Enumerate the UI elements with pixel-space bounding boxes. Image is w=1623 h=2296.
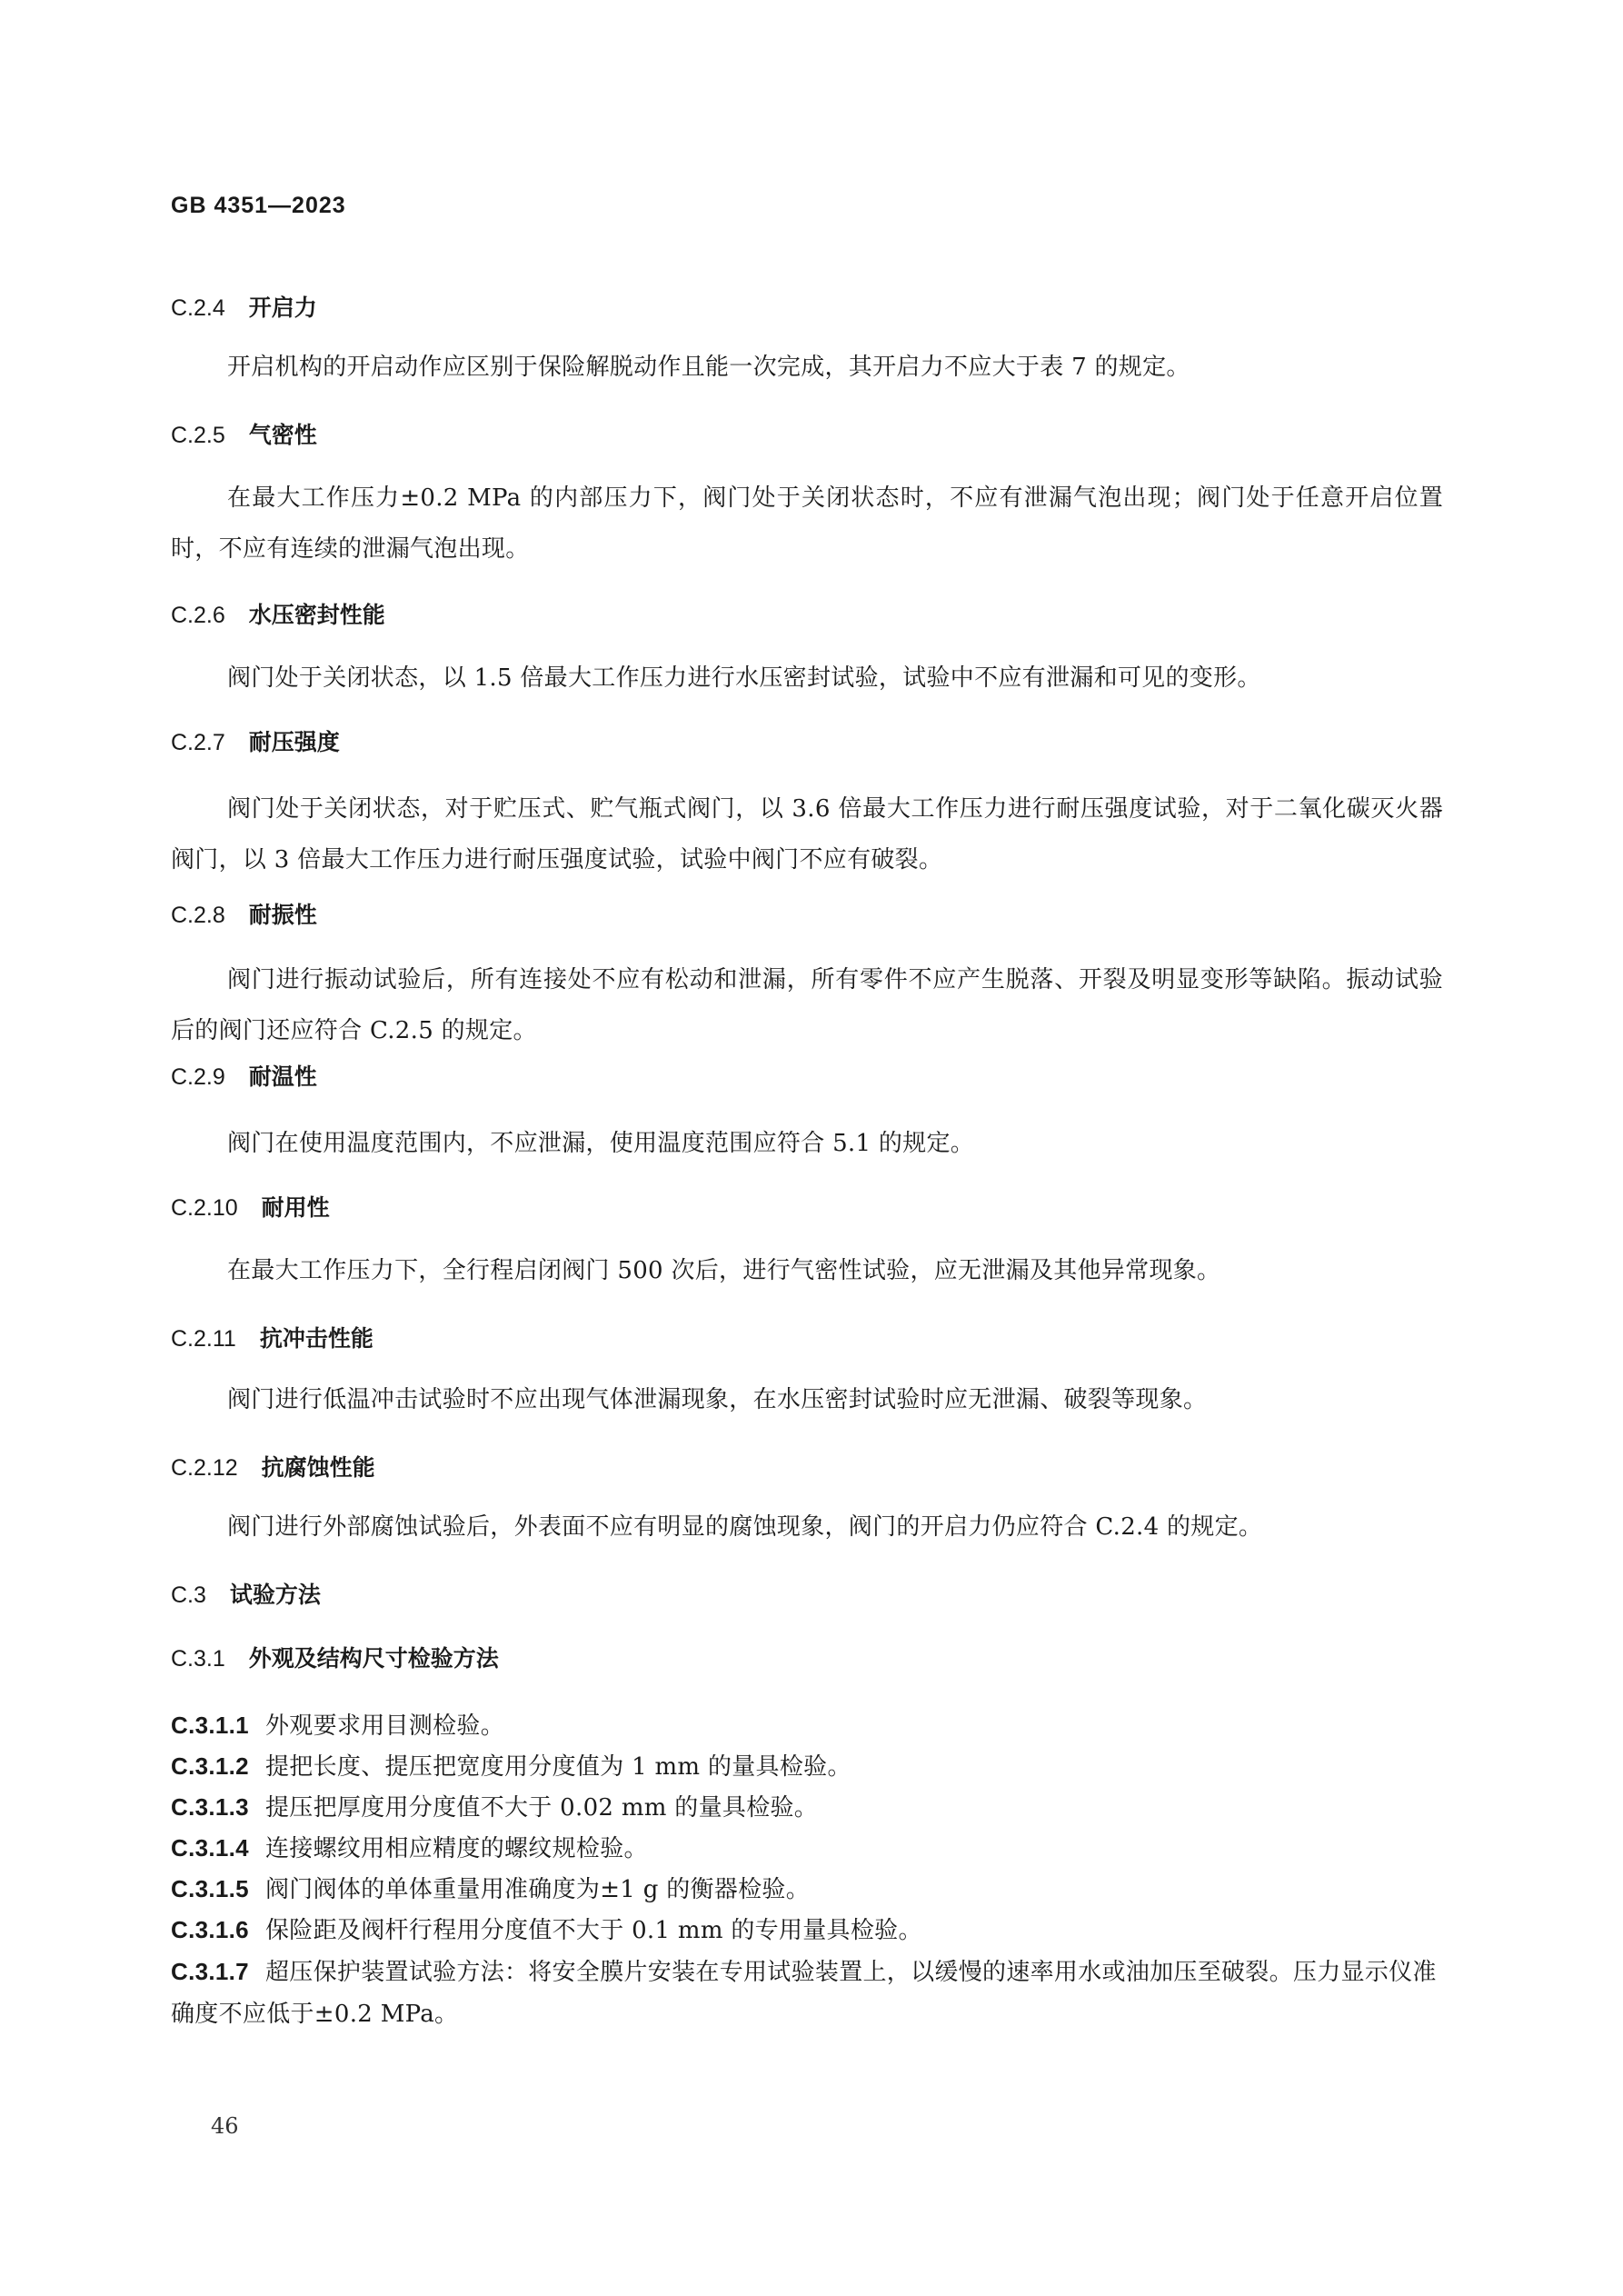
section-body-c2-7: 阀门处于关闭状态，对于贮压式、贮气瓶式阀门，以 3.6 倍最大工作压力进行耐压强… <box>171 784 1443 885</box>
section-body-c2-5: 在最大工作压力±0.2 MPa 的内部压力下，阀门处于关闭状态时，不应有泄漏气泡… <box>171 473 1443 574</box>
list-item: C.3.1.1外观要求用目测检验。 <box>171 1705 1443 1746</box>
section-body-c2-10: 在最大工作压力下，全行程启闭阀门 500 次后，进行气密性试验，应无泄漏及其他异… <box>171 1245 1443 1296</box>
section-heading-c2-8: C.2.8耐振性 <box>171 900 1443 931</box>
section-heading-c2-5: C.2.5气密性 <box>171 420 1443 451</box>
document-code: GB 4351—2023 <box>171 193 346 219</box>
section-heading-c2-6: C.2.6水压密封性能 <box>171 600 1443 631</box>
section-heading-c2-9: C.2.9耐温性 <box>171 1062 1443 1093</box>
section-body-c2-11: 阀门进行低温冲击试验时不应出现气体泄漏现象，在水压密封试验时应无泄漏、破裂等现象… <box>171 1374 1443 1425</box>
section-heading-c2-11: C.2.11抗冲击性能 <box>171 1323 1443 1354</box>
test-method-list: C.3.1.1外观要求用目测检验。 C.3.1.2提把长度、提压把宽度用分度值为… <box>171 1705 1443 2035</box>
list-item: C.3.1.2提把长度、提压把宽度用分度值为 1 mm 的量具检验。 <box>171 1746 1443 1787</box>
list-item: C.3.1.7超压保护装置试验方法：将安全膜片安装在专用试验装置上，以缓慢的速率… <box>171 1951 1443 2035</box>
section-heading-c2-4: C.2.4开启力 <box>171 293 1443 324</box>
section-heading-c2-12: C.2.12抗腐蚀性能 <box>171 1452 1443 1483</box>
section-heading-c2-7: C.2.7耐压强度 <box>171 727 1443 758</box>
section-heading-c3-1: C.3.1外观及结构尺寸检验方法 <box>171 1643 1443 1674</box>
list-item: C.3.1.6保险距及阀杆行程用分度值不大于 0.1 mm 的专用量具检验。 <box>171 1910 1443 1951</box>
section-body-c2-12: 阀门进行外部腐蚀试验后，外表面不应有明显的腐蚀现象，阀门的开启力仍应符合 C.2… <box>171 1502 1443 1552</box>
section-body-c2-6: 阀门处于关闭状态，以 1.5 倍最大工作压力进行水压密封试验，试验中不应有泄漏和… <box>171 653 1443 704</box>
document-page: GB 4351—2023 C.2.4开启力 开启机构的开启动作应区别于保险解脱动… <box>0 0 1623 2296</box>
section-heading-c2-10: C.2.10耐用性 <box>171 1193 1443 1223</box>
list-item: C.3.1.5阀门阀体的单体重量用准确度为±1 g 的衡器检验。 <box>171 1869 1443 1910</box>
section-heading-c3: C.3试验方法 <box>171 1580 1443 1611</box>
section-body-c2-8: 阀门进行振动试验后，所有连接处不应有松动和泄漏，所有零件不应产生脱落、开裂及明显… <box>171 954 1443 1056</box>
section-body-c2-4: 开启机构的开启动作应区别于保险解脱动作且能一次完成，其开启力不应大于表 7 的规… <box>171 342 1443 393</box>
page-number: 46 <box>211 2113 239 2139</box>
section-body-c2-9: 阀门在使用温度范围内，不应泄漏，使用温度范围应符合 5.1 的规定。 <box>171 1118 1443 1169</box>
list-item: C.3.1.4连接螺纹用相应精度的螺纹规检验。 <box>171 1828 1443 1869</box>
list-item: C.3.1.3提压把厚度用分度值不大于 0.02 mm 的量具检验。 <box>171 1787 1443 1828</box>
